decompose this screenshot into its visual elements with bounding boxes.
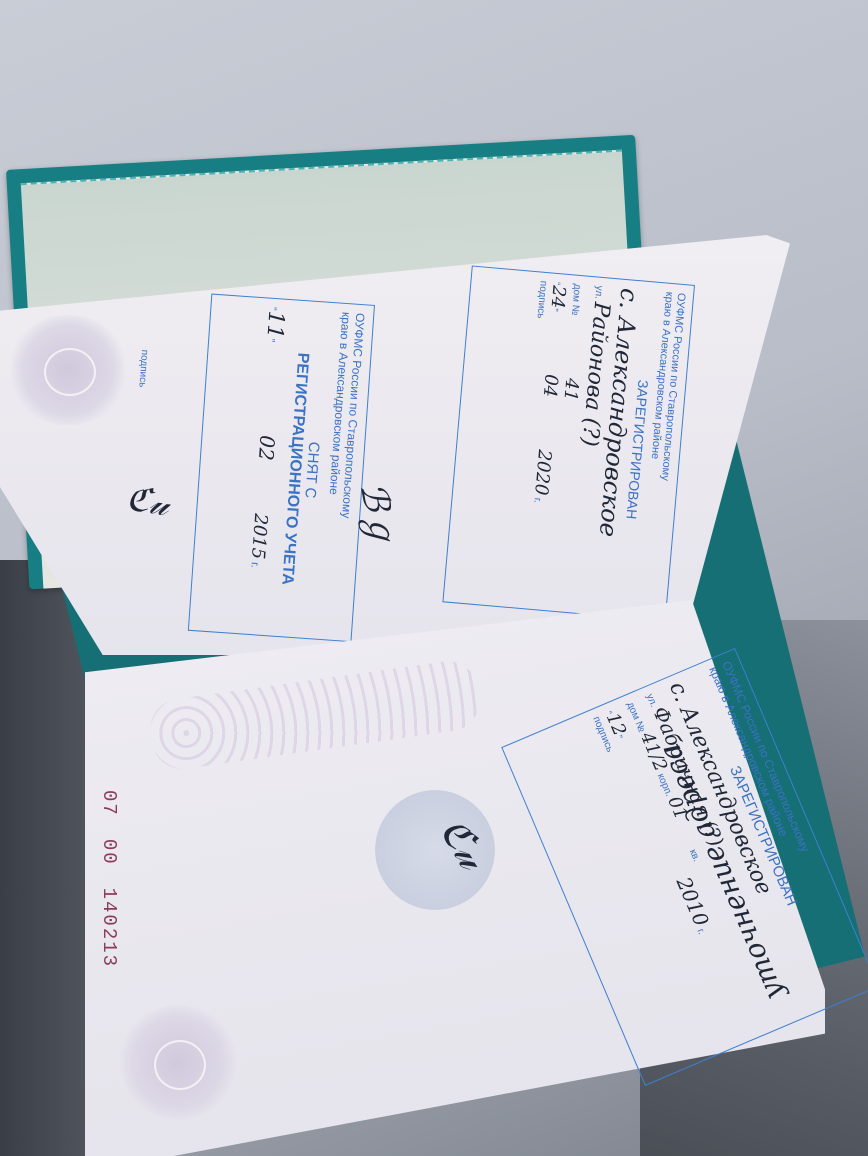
passport-serial-number: 0700140213: [98, 790, 120, 990]
passport-number: 140213: [98, 888, 120, 968]
year-suffix: г.: [248, 562, 260, 569]
hand-year: 2020: [530, 449, 555, 496]
hand-house: 41: [559, 377, 582, 402]
hand-month: 04: [539, 373, 562, 398]
stamp-deregistered: ОУФМС России по Ставропольскому краю в А…: [188, 294, 375, 643]
hand-day: 11: [261, 310, 288, 340]
series-part1: 07: [98, 790, 120, 817]
signature-scrawl-dereg: ℭ𝓊: [123, 478, 172, 525]
hand-year: 2015: [247, 513, 271, 560]
hand-day: 24: [546, 285, 569, 310]
stamp-registered-top: ОУФМС России по Ставропольскому краю в А…: [442, 265, 695, 621]
signature-scrawl-top: ℬℊ: [350, 478, 411, 550]
year-suffix: г.: [695, 927, 707, 936]
hand-month: 02: [254, 434, 280, 461]
house-label: дом №: [569, 283, 583, 316]
street-label: ул.: [592, 285, 604, 299]
emblem-watermark-icon: [118, 1005, 238, 1120]
series-part2: 00: [98, 839, 120, 866]
year-suffix: г.: [531, 497, 542, 503]
emblem-watermark-icon: [8, 315, 128, 425]
